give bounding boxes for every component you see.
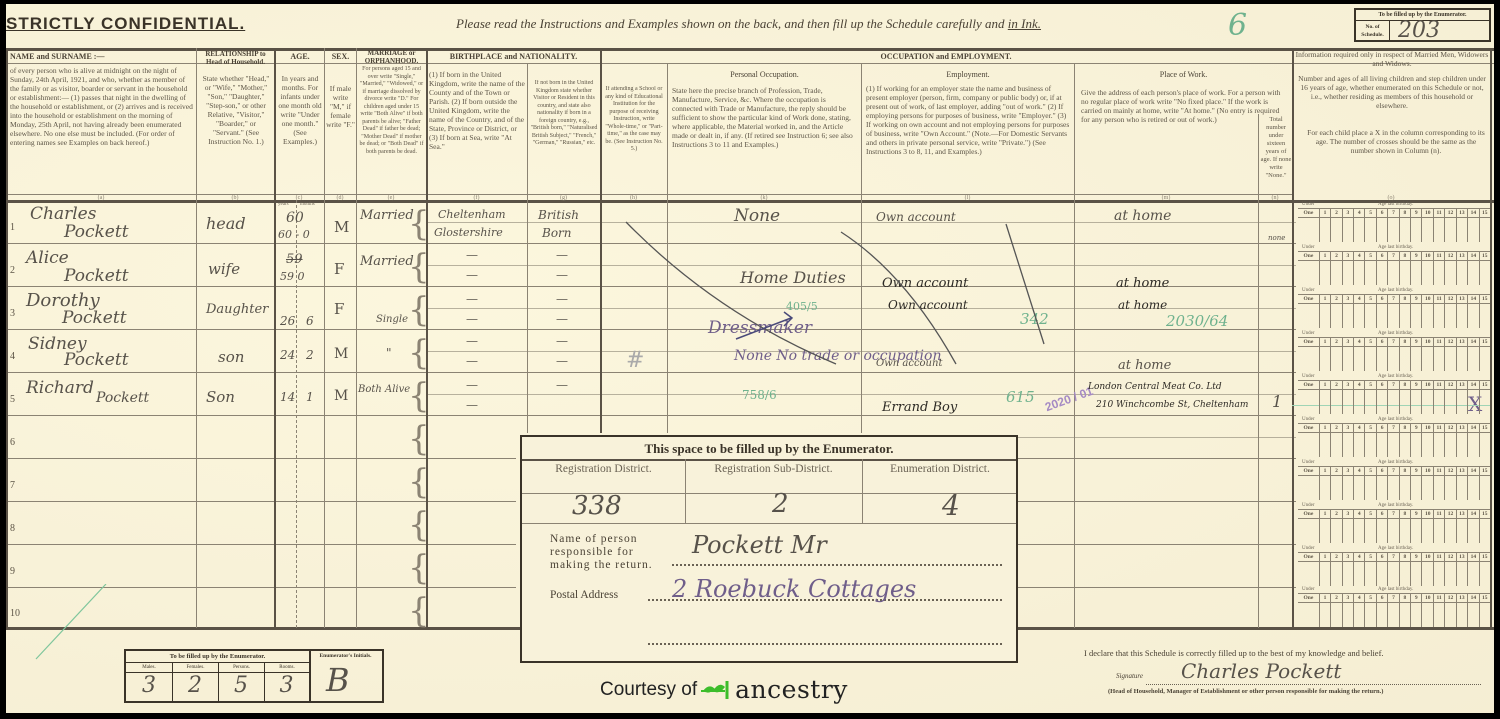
brace-icon: { <box>408 290 430 330</box>
brace-icon: { <box>408 419 430 459</box>
brace-icon: { <box>408 505 430 545</box>
pencil-strokes <box>606 214 1086 414</box>
males-count: 3 <box>126 673 172 698</box>
confidential-title: STRICTLY CONFIDENTIAL. <box>6 14 245 34</box>
schedule-number-box: To be filled up by the Enumerator. No. o… <box>1354 8 1491 42</box>
brace-icon: { <box>408 376 430 416</box>
registration-district-value: 338 <box>572 491 622 521</box>
col-name-title: NAME and SURNAME :— <box>10 52 196 61</box>
signature-value: Charles Pockett <box>1181 659 1341 683</box>
col-children-ages-desc: For each child place a X in the column c… <box>1306 128 1486 188</box>
brace-icon: { <box>408 591 430 631</box>
col-personal-occupation-title: Personal Occupation. <box>668 70 861 79</box>
children-age-grid: UnderAge last birthday. One1234567891011… <box>1298 202 1490 244</box>
col-birthplace-desc: (1) If born in the United Kingdom, write… <box>429 70 526 192</box>
brace-icon: { <box>408 333 430 373</box>
col-occupation-title: OCCUPATION and EMPLOYMENT. <box>601 52 1291 61</box>
brace-icon: { <box>408 462 430 502</box>
col-nationality-desc: If not born in the United Kingdom state … <box>529 80 599 192</box>
col-relationship-desc: State whether "Head," or "Wife," "Mother… <box>200 74 272 192</box>
enumerator-summary-box: To be filled up by the Enumerator. Males… <box>124 649 384 703</box>
children-age-grid: UnderAge last birthday. One1234567891011… <box>1298 245 1490 287</box>
children-age-grid: UnderAge last birthday. One1234567891011… <box>1298 587 1490 629</box>
col-employment-title: Employment. <box>862 70 1074 79</box>
ancestry-brand: ancestry <box>735 675 848 704</box>
col-total-children-desc: Total number under sixteen years of age.… <box>1260 116 1292 192</box>
col-married-info-title: Information required only in respect of … <box>1294 50 1490 68</box>
signature-note: (Head of Household, Manager of Establish… <box>1108 688 1383 695</box>
brace-icon: { <box>408 247 430 287</box>
children-age-grid: UnderAge last birthday. One1234567891011… <box>1298 288 1490 330</box>
postal-address-label: Postal Address <box>550 589 618 602</box>
col-employment-desc: (1) If working for an employer state the… <box>866 84 1071 192</box>
col-married-info-desc: Number and ages of all living children a… <box>1296 74 1488 110</box>
enumerator-initials: B <box>326 661 350 699</box>
census-schedule-page: STRICTLY CONFIDENTIAL. Please read the I… <box>6 4 1494 713</box>
brace-icon: { <box>408 204 430 244</box>
postal-address-value: 2 Roebuck Cottages <box>672 575 916 603</box>
children-age-grid: UnderAge last birthday. One1234567891011… <box>1298 460 1490 502</box>
children-age-grid: UnderAge last birthday. One1234567891011… <box>1298 546 1490 588</box>
col-birthplace-title: BIRTHPLACE and NATIONALITY. <box>427 52 600 61</box>
col-age-desc: In years and months. For infants under o… <box>278 74 322 192</box>
children-age-grid: UnderAge last birthday. One1234567891011… <box>1298 503 1490 545</box>
col-place-of-work-title: Place of Work. <box>1075 70 1292 79</box>
ancestry-watermark: Courtesy of ancestry <box>600 675 848 704</box>
enumeration-district-value: 4 <box>942 489 960 522</box>
person-label: Name of person responsible for making th… <box>550 533 670 572</box>
sub-district-value: 2 <box>772 489 789 519</box>
col-name-desc: of every person who is alive at midnight… <box>10 66 194 192</box>
ancestry-leaf-icon <box>701 679 731 701</box>
person-value: Pockett Mr <box>692 531 827 559</box>
rooms-count: 3 <box>264 673 309 698</box>
brace-icon: { <box>408 548 430 588</box>
col-marriage-desc: For persons aged 15 and over write "Sing… <box>358 66 425 192</box>
col-marriage-title: MARRIAGE or ORPHANHOOD. <box>357 49 426 65</box>
females-count: 2 <box>172 673 218 698</box>
instructions-text: Please read the Instructions and Example… <box>456 16 1041 32</box>
col-age-title: AGE. <box>276 52 324 61</box>
children-age-grid: UnderAge last birthday. One1234567891011… <box>1298 374 1490 416</box>
enumerator-box-title: This space to be filled up by the Enumer… <box>522 441 1016 457</box>
schedule-number: 203 <box>1398 18 1440 43</box>
signature-label: Signature <box>1116 672 1143 680</box>
col-relationship-title: RELATIONSHIP to Head of Household. <box>198 50 273 66</box>
children-age-grid: UnderAge last birthday. One1234567891011… <box>1298 417 1490 459</box>
col-sex-desc: If male write "M," if female write "F." <box>326 84 355 192</box>
col-place-of-work-desc: Give the address of each person's place … <box>1081 88 1286 192</box>
col-personal-occupation-desc: State here the precise branch of Profess… <box>672 86 858 192</box>
declaration-text: I declare that this Schedule is correctl… <box>1084 648 1384 658</box>
children-age-grid: UnderAge last birthday. One1234567891011… <box>1298 331 1490 373</box>
col-education-desc: If attending a School or any kind of Edu… <box>603 86 665 192</box>
enumerator-box: This space to be filled up by the Enumer… <box>520 435 1018 663</box>
persons-count: 5 <box>218 673 264 698</box>
col-sex-title: SEX. <box>325 52 356 61</box>
corner-mark: 6 <box>1228 8 1247 43</box>
